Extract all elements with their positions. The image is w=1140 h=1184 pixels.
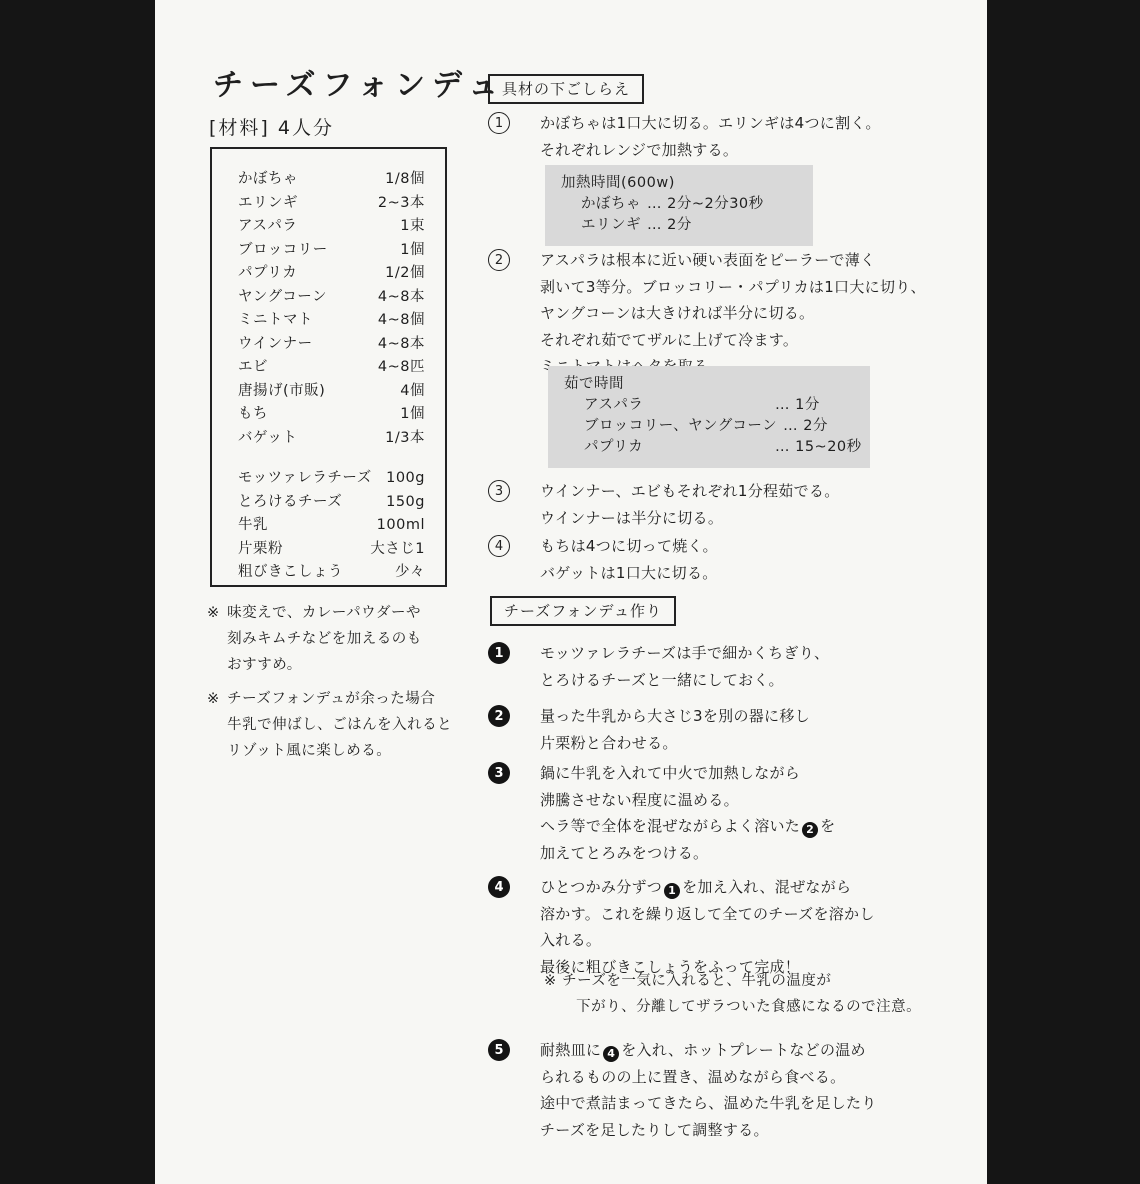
step-number: 1	[488, 642, 510, 664]
step-line: 片栗粉と合わせる。	[540, 730, 810, 757]
side-note-lines: 味変えで、カレーパウダーや刻みキムチなどを加えるのもおすすめ。	[227, 600, 422, 678]
ingredient-amount: 4~8本	[378, 285, 425, 306]
time-box-title: 加熱時間(600w)	[561, 173, 799, 194]
step-text: 鍋に牛乳を入れて中火で加熱しながら沸騰させない程度に温める。ヘラ等で全体を混ぜな…	[540, 760, 835, 866]
step-number: 5	[488, 1039, 510, 1061]
ingredient-row: アスパラ1束	[238, 214, 425, 238]
time-box-value: … 2分~2分30秒	[647, 194, 764, 215]
step-line: ひとつかみ分ずつ1を加え入れ、混ぜながら	[540, 874, 875, 901]
step-line: モッツァレラチーズは手で細かくちぎり、	[540, 640, 829, 667]
ingredient-amount: 1/8個	[385, 167, 425, 188]
step: 4もちは4つに切って焼く。バゲットは1口大に切る。	[488, 533, 718, 586]
step-text: モッツァレラチーズは手で細かくちぎり、とろけるチーズと一緒にしておく。	[540, 640, 829, 693]
caution-note-lines: チーズを一気に入れると、牛乳の温度が下がり、分離してザラついた食感になるので注意…	[562, 968, 921, 1020]
ingredient-amount: 150g	[386, 494, 425, 510]
servings-label: [材料] 4人分	[209, 113, 334, 140]
recipe-page: チーズフォンデュ [材料] 4人分 かぼちゃ1/8個エリンギ2~3本アスパラ1束…	[155, 0, 987, 1184]
ingredient-row: エリンギ2~3本	[238, 191, 425, 215]
ingredient-name: 粗びきこしょう	[238, 560, 343, 581]
inline-step-badge: 4	[603, 1046, 619, 1062]
ingredient-row: ヤングコーン4~8本	[238, 285, 425, 309]
ingredient-name: バゲット	[238, 426, 297, 447]
note-line: 味変えで、カレーパウダーや	[227, 600, 422, 626]
step: 1モッツァレラチーズは手で細かくちぎり、とろけるチーズと一緒にしておく。	[488, 640, 829, 693]
ingredient-row: ブロッコリー1個	[238, 238, 425, 262]
step-text: ウインナー、エビもそれぞれ1分程茹でる。ウインナーは半分に切る。	[540, 478, 840, 531]
step: 2アスパラは根本に近い硬い表面をピーラーで薄く剥いて3等分。ブロッコリー・パプリ…	[488, 247, 926, 380]
step: 2量った牛乳から大さじ3を別の器に移し片栗粉と合わせる。	[488, 703, 810, 756]
time-box-item: エリンギ	[581, 215, 641, 236]
note-line: チーズフォンデュが余った場合	[227, 686, 452, 712]
step-line: 沸騰させない程度に温める。	[540, 787, 835, 814]
step-text: 耐熱皿に4を入れ、ホットプレートなどの温められるものの上に置き、温めながら食べる…	[540, 1037, 877, 1143]
ingredient-amount: 1/2個	[385, 261, 425, 282]
step-number: 4	[488, 876, 510, 898]
step: 3鍋に牛乳を入れて中火で加熱しながら沸騰させない程度に温める。ヘラ等で全体を混ぜ…	[488, 760, 835, 866]
ingredient-amount: 少々	[395, 560, 425, 581]
time-box: 茹で時間アスパラ… 1分ブロッコリー、ヤングコーン… 2分パプリカ… 15~20…	[548, 366, 870, 468]
step-line: 入れる。	[540, 927, 875, 954]
step-line: 剥いて3等分。ブロッコリー・パプリカは1口大に切り、	[540, 274, 926, 301]
ingredient-row: もち1個	[238, 402, 425, 426]
step-number: 4	[488, 535, 510, 557]
inline-step-badge: 2	[802, 822, 818, 838]
time-box-value: … 15~20秒	[775, 437, 862, 458]
time-box-row: かぼちゃ… 2分~2分30秒	[561, 194, 799, 215]
ingredient-row: 粗びきこしょう少々	[238, 560, 425, 584]
ingredient-name: ウインナー	[238, 332, 313, 353]
ingredient-amount: 4~8個	[378, 308, 425, 329]
side-note: ※チーズフォンデュが余った場合牛乳で伸ばし、ごはんを入れるとリゾット風に楽しめる…	[207, 686, 452, 764]
step-line: ウインナー、エビもそれぞれ1分程茹でる。	[540, 478, 840, 505]
time-box-row: エリンギ… 2分	[561, 215, 799, 236]
ingredient-name: エビ	[238, 355, 268, 376]
ingredient-amount: 4~8匹	[378, 355, 425, 376]
step-line: ヤングコーンは大きければ半分に切る。	[540, 300, 926, 327]
time-box-title: 茹で時間	[564, 374, 856, 395]
step-line: かぼちゃは1口大に切る。エリンギは4つに割く。	[540, 110, 881, 137]
ingredient-row: 片栗粉大さじ1	[238, 537, 425, 561]
time-box-item: パプリカ	[584, 437, 769, 458]
ingredient-name: ブロッコリー	[238, 238, 328, 259]
ingredient-name: もち	[238, 402, 268, 423]
ingredient-name: アスパラ	[238, 214, 297, 235]
time-box-item: アスパラ	[584, 395, 769, 416]
step: 3ウインナー、エビもそれぞれ1分程茹でる。ウインナーは半分に切る。	[488, 478, 840, 531]
step-line: られるものの上に置き、温めながら食べる。	[540, 1064, 877, 1091]
step-line: もちは4つに切って焼く。	[540, 533, 718, 560]
ingredient-amount: 大さじ1	[370, 537, 425, 558]
ingredient-name: かぼちゃ	[238, 167, 298, 188]
ingredient-row: バゲット1/3本	[238, 426, 425, 450]
time-box-row: アスパラ… 1分	[564, 395, 856, 416]
step-line: ヘラ等で全体を混ぜながらよく溶いた2を	[540, 813, 835, 840]
step-number: 3	[488, 480, 510, 502]
step-number: 1	[488, 112, 510, 134]
ingredient-amount: 100ml	[377, 517, 425, 533]
note-line: 牛乳で伸ばし、ごはんを入れると	[227, 712, 452, 738]
step-line: アスパラは根本に近い硬い表面をピーラーで薄く	[540, 247, 926, 274]
ingredient-row: とろけるチーズ150g	[238, 490, 425, 514]
time-box-value: … 2分	[783, 416, 828, 437]
note-line: おすすめ。	[227, 652, 422, 678]
ingredient-amount: 100g	[386, 470, 425, 486]
ingredient-row: エビ4~8匹	[238, 355, 425, 379]
side-note: ※味変えで、カレーパウダーや刻みキムチなどを加えるのもおすすめ。	[207, 600, 422, 678]
time-box-item: ブロッコリー、ヤングコーン	[584, 416, 777, 437]
step-line: バゲットは1口大に切る。	[540, 560, 718, 587]
note-line: リゾット風に楽しめる。	[227, 738, 452, 764]
side-note-lines: チーズフォンデュが余った場合牛乳で伸ばし、ごはんを入れるとリゾット風に楽しめる。	[227, 686, 452, 764]
ingredient-amount: 1/3本	[385, 426, 425, 447]
ingredient-row: モッツァレラチーズ100g	[238, 466, 425, 490]
recipe-title: チーズフォンデュ	[213, 60, 505, 104]
step-text: アスパラは根本に近い硬い表面をピーラーで薄く剥いて3等分。ブロッコリー・パプリカ…	[540, 247, 926, 380]
asterisk-marker: ※	[207, 600, 219, 678]
step-line: 途中で煮詰まってきたら、温めた牛乳を足したり	[540, 1090, 877, 1117]
step-line: とろけるチーズと一緒にしておく。	[540, 667, 829, 694]
step-line: 量った牛乳から大さじ3を別の器に移し	[540, 703, 810, 730]
ingredient-name: とろけるチーズ	[238, 490, 342, 511]
ingredient-row: ウインナー4~8本	[238, 332, 425, 356]
ingredient-amount: 2~3本	[378, 191, 425, 212]
instructions-column: 具材の下ごしらえ 1かぼちゃは1口大に切る。エリンギは4つに割く。それぞれレンジ…	[488, 0, 988, 1184]
step-line: ウインナーは半分に切る。	[540, 505, 840, 532]
step-text: かぼちゃは1口大に切る。エリンギは4つに割く。それぞれレンジで加熱する。	[540, 110, 881, 163]
ingredient-name: ミニトマト	[238, 308, 313, 329]
ingredient-amount: 4個	[400, 379, 425, 400]
ingredient-row: パプリカ1/2個	[238, 261, 425, 285]
ingredient-group-gap	[238, 449, 425, 466]
step: 4ひとつかみ分ずつ1を加え入れ、混ぜながら溶かす。これを繰り返して全てのチーズを…	[488, 874, 875, 980]
ingredient-row: ミニトマト4~8個	[238, 308, 425, 332]
ingredient-name: パプリカ	[238, 261, 297, 282]
note-line: 刻みキムチなどを加えるのも	[227, 626, 422, 652]
step-line: 溶かす。これを繰り返して全てのチーズを溶かし	[540, 901, 875, 928]
step-number: 2	[488, 249, 510, 271]
step-text: もちは4つに切って焼く。バゲットは1口大に切る。	[540, 533, 718, 586]
ingredient-amount: 4~8本	[378, 332, 425, 353]
step-line: それぞれ茹でてザルに上げて冷ます。	[540, 327, 926, 354]
step: 5耐熱皿に4を入れ、ホットプレートなどの温められるものの上に置き、温めながら食べ…	[488, 1037, 877, 1143]
step-line: それぞれレンジで加熱する。	[540, 137, 881, 164]
section-header-fondue: チーズフォンデュ作り	[490, 596, 676, 626]
time-box: 加熱時間(600w)かぼちゃ… 2分~2分30秒エリンギ… 2分	[545, 165, 813, 246]
ingredient-name: 牛乳	[238, 513, 268, 534]
asterisk-marker: ※	[544, 968, 556, 1020]
step-line: チーズを足したりして調整する。	[540, 1117, 877, 1144]
ingredient-amount: 1個	[400, 402, 425, 423]
step-line: 鍋に牛乳を入れて中火で加熱しながら	[540, 760, 835, 787]
ingredients-box: かぼちゃ1/8個エリンギ2~3本アスパラ1束ブロッコリー1個パプリカ1/2個ヤン…	[210, 147, 447, 587]
note-line: 下がり、分離してザラついた食感になるので注意。	[562, 994, 921, 1020]
ingredient-amount: 1個	[400, 238, 425, 259]
ingredient-name: 唐揚げ(市販)	[238, 379, 325, 400]
step-line: 耐熱皿に4を入れ、ホットプレートなどの温め	[540, 1037, 877, 1064]
time-box-value: … 2分	[647, 215, 692, 236]
section-header-prep: 具材の下ごしらえ	[488, 74, 644, 104]
time-box-value: … 1分	[775, 395, 820, 416]
ingredient-name: 片栗粉	[238, 537, 283, 558]
ingredient-name: モッツァレラチーズ	[238, 466, 372, 487]
ingredient-name: エリンギ	[238, 191, 298, 212]
step-text: 量った牛乳から大さじ3を別の器に移し片栗粉と合わせる。	[540, 703, 810, 756]
inline-step-badge: 1	[664, 883, 680, 899]
time-box-item: かぼちゃ	[581, 194, 641, 215]
ingredient-name: ヤングコーン	[238, 285, 327, 306]
time-box-row: パプリカ… 15~20秒	[564, 437, 856, 458]
ingredient-row: 牛乳100ml	[238, 513, 425, 537]
step-number: 2	[488, 705, 510, 727]
time-box-row: ブロッコリー、ヤングコーン… 2分	[564, 416, 856, 437]
note-line: チーズを一気に入れると、牛乳の温度が	[562, 968, 921, 994]
step-text: ひとつかみ分ずつ1を加え入れ、混ぜながら溶かす。これを繰り返して全てのチーズを溶…	[540, 874, 875, 980]
step: 1かぼちゃは1口大に切る。エリンギは4つに割く。それぞれレンジで加熱する。	[488, 110, 881, 163]
caution-note: ※チーズを一気に入れると、牛乳の温度が下がり、分離してザラついた食感になるので注…	[544, 968, 921, 1020]
step-line: 加えてとろみをつける。	[540, 840, 835, 867]
ingredient-row: 唐揚げ(市販)4個	[238, 379, 425, 403]
asterisk-marker: ※	[207, 686, 219, 764]
ingredient-amount: 1束	[400, 214, 425, 235]
ingredient-row: かぼちゃ1/8個	[238, 167, 425, 191]
step-number: 3	[488, 762, 510, 784]
